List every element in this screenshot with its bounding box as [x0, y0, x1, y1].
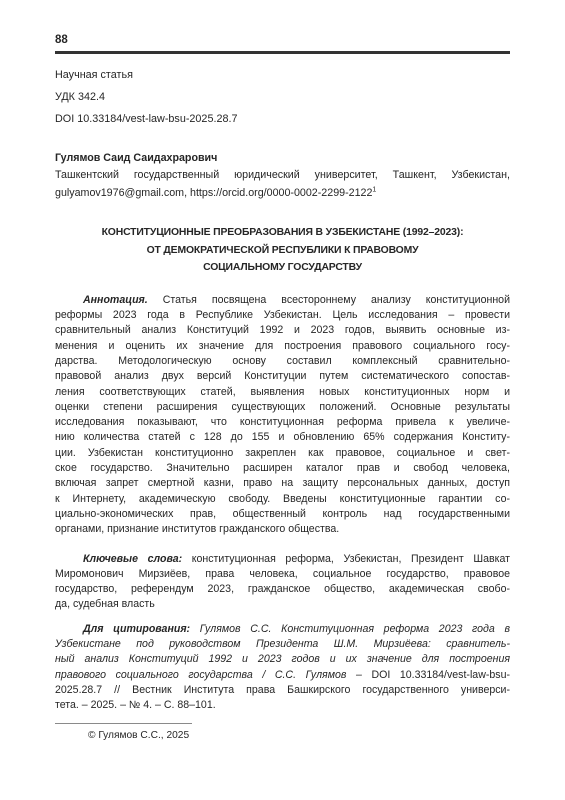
abstract-label: Аннотация. — [83, 294, 148, 306]
abstract-line: включая запрет смертной казни, право на … — [55, 476, 510, 491]
article-meta: Научная статья УДК 342.4 DOI 10.33184/ve… — [55, 68, 510, 126]
abstract-line: ления соответствующих статей, выявления … — [55, 385, 510, 400]
author-contact-text: gulyamov1976@gmail.com, https://orcid.or… — [55, 187, 372, 199]
author-block: Гулямов Саид Саидахрарович Ташкентский г… — [55, 150, 510, 203]
article-title: КОНСТИТУЦИОННЫЕ ПРЕОБРАЗОВАНИЯ В УЗБЕКИС… — [55, 224, 510, 277]
article-type: Научная статья — [55, 68, 510, 82]
keywords-section: Ключевые слова: конституционная реформа,… — [55, 552, 510, 613]
abstract-line: сравнительный анализ Конституций 1992 и … — [55, 323, 510, 338]
abstract-line: реформы 2023 года в Республике Узбекиста… — [55, 308, 510, 323]
abstract-line: правовой анализ двух версий Конституции … — [55, 369, 510, 384]
citation-section: Для цитирования: Гулямов С.С. Конституци… — [55, 622, 510, 714]
abstract-line: ское государство. Значительно расширен к… — [55, 461, 510, 476]
abstract-line: оценки степени расширения существующих п… — [55, 400, 510, 415]
citation-label: Для цитирования: — [83, 623, 190, 635]
copyright-notice: © Гулямов С.С., 2025 — [55, 729, 510, 743]
keywords-line: государство, референдум 2023, гражданско… — [55, 582, 510, 597]
page-number: 88 — [55, 33, 510, 47]
keywords-line: Ключевые слова: конституционная реформа,… — [55, 552, 510, 567]
title-line-3: СОЦИАЛЬНОМУ ГОСУДАРСТВУ — [55, 259, 510, 277]
author-affiliation: Ташкентский государственный юридический … — [55, 167, 510, 185]
udc-code: УДК 342.4 — [55, 90, 510, 104]
abstract-section: Аннотация. Статья посвящена всестороннем… — [55, 293, 510, 538]
abstract-line: дарства. Методологическую основу состави… — [55, 354, 510, 369]
citation-line: Для цитирования: Гулямов С.С. Конституци… — [55, 622, 510, 637]
abstract-line: к Интернету, академическую свободу. Введ… — [55, 492, 510, 507]
citation-line: ный анализ Конституций 1992 и 2023 годов… — [55, 652, 510, 667]
citation-line: 2025.28.7 // Вестник Института права Баш… — [55, 683, 510, 698]
abstract-line: циально-экономических прав, общественный… — [55, 507, 510, 522]
footnote-divider — [55, 723, 192, 724]
title-line-2: ОТ ДЕМОКРАТИЧЕСКОЙ РЕСПУБЛИКИ К ПРАВОВОМ… — [55, 242, 510, 260]
citation-line: правового социального государства / С.С.… — [55, 668, 510, 683]
abstract-line: менения и оценить их значение для постро… — [55, 339, 510, 354]
article-page: 88 Научная статья УДК 342.4 DOI 10.33184… — [0, 0, 565, 800]
abstract-line: нию количества статей с 128 до 155 и обн… — [55, 430, 510, 445]
abstract-line: органами, признание институтов гражданск… — [55, 522, 510, 537]
abstract-line: ции. Узбекистан конституционно закреплен… — [55, 446, 510, 461]
author-name: Гулямов Саид Саидахрарович — [55, 150, 510, 168]
keywords-line: Миромонович Мирзиёев, права человека, со… — [55, 567, 510, 582]
citation-line: тета. – 2025. – № 4. – С. 88–101. — [55, 698, 510, 713]
doi-line: DOI 10.33184/vest-law-bsu-2025.28.7 — [55, 112, 510, 126]
keywords-line: да, судебная власть — [55, 597, 510, 612]
footnote-marker: 1 — [372, 186, 376, 193]
header-rule — [55, 51, 510, 54]
author-contact: gulyamov1976@gmail.com, https://orcid.or… — [55, 185, 510, 203]
abstract-line: Аннотация. Статья посвящена всестороннем… — [55, 293, 510, 308]
title-line-1: КОНСТИТУЦИОННЫЕ ПРЕОБРАЗОВАНИЯ В УЗБЕКИС… — [55, 224, 510, 242]
keywords-label: Ключевые слова: — [83, 553, 182, 565]
citation-line: Узбекистане под руководством Президента … — [55, 637, 510, 652]
abstract-line: исследования показывают, что конституцио… — [55, 415, 510, 430]
